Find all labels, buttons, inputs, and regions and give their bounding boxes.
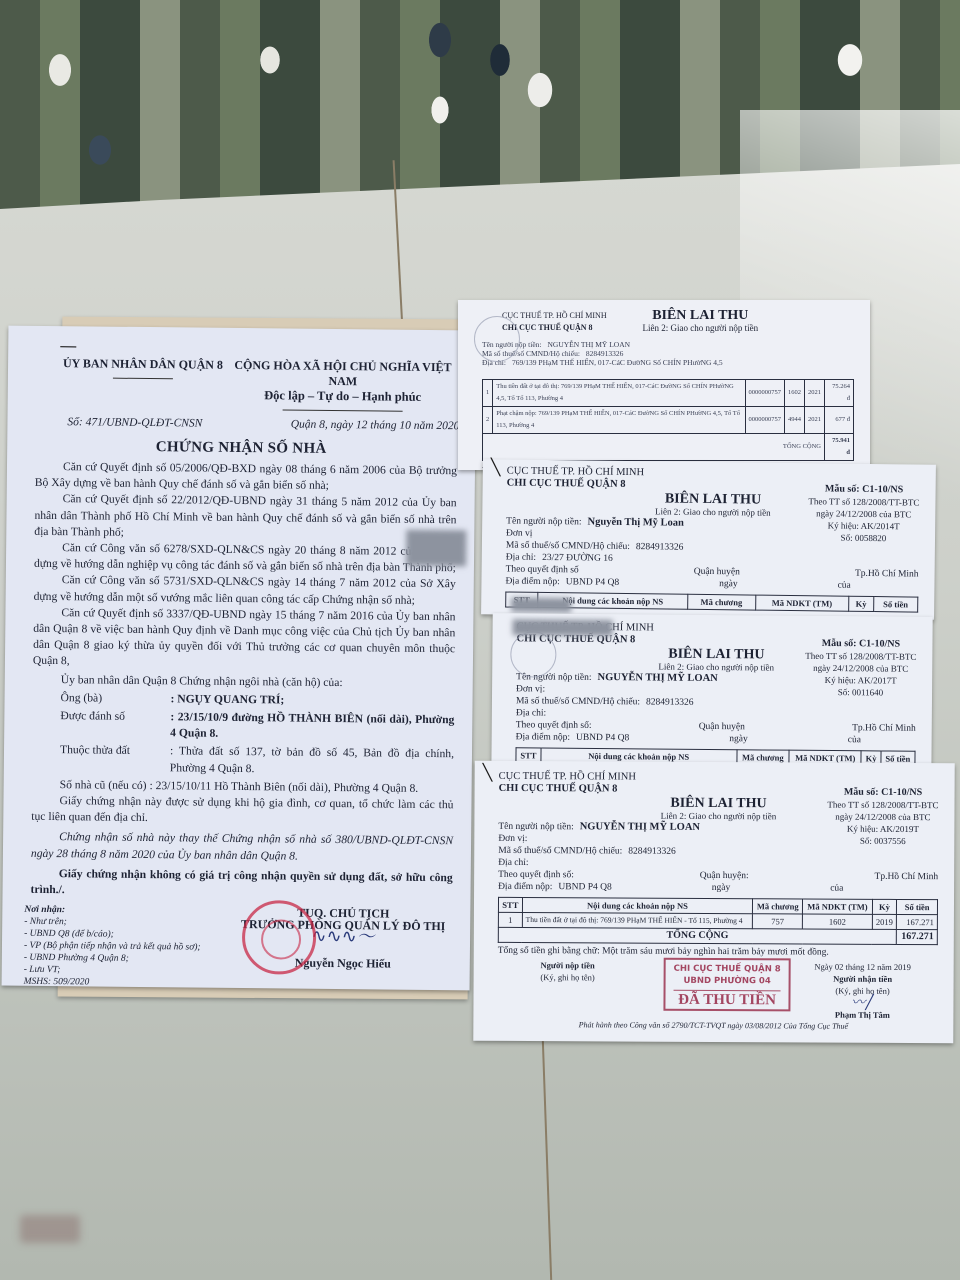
district-label: Quận huyện [699,721,745,733]
decision-label: Theo quyết định số [506,564,579,577]
id-value: 8284913326 [646,696,694,708]
serial: Số: 0058820 [808,531,919,544]
total-row: TỔNG CỘNG 75.941 đ [483,434,854,461]
tax-seal-icon [474,316,520,362]
receipt-2014: ╲ CỤC THUẾ TP. HỒ CHÍ MINH CHI CỤC THUẾ … [481,459,936,620]
form-ref: Theo TT số 128/2008/TT-BTC [805,650,916,663]
id-label: Mã số thuế/số CMND/Hộ chiếu: [498,845,622,858]
file-code: MSHS: 509/2020 [24,976,234,990]
receipt-2021: CỤC THUẾ TP. HỒ CHÍ MINH CHI CỤC THUẾ QU… [458,300,870,470]
address-value: 23/27 ĐƯỜNG 16 [542,552,613,565]
of-label: của [838,580,851,592]
payer-name: NGUYỄN THỊ MỸ LOAN [580,821,700,834]
certify-line: Ủy ban nhân dân Quận 8 Chứng nhận ngôi n… [33,671,455,692]
payer-name: Nguyễn Thị Mỹ Loan [587,517,684,530]
receipt-title: BIÊN LAI THU [642,310,758,322]
serial: Số: 0037556 [827,835,938,848]
field-land-parcel: Thuộc thửa đất : Thửa đất số 137, tờ bản… [60,743,454,780]
form-ref: Theo TT số 128/2008/TT-BTC [827,799,938,812]
total-row: TỔNG CỘNG 167.271 [498,927,937,944]
address-value: 769/139 PHạM THẾ HIỂN, 017-CáC ĐườNG Số … [512,358,723,367]
field-value: : NGỤY QUANG TRÍ; [170,691,454,710]
sign-hint: (Ký, ghi họ tên) [498,971,638,984]
receiver-name: Phạm Thị Tâm [787,1008,937,1021]
receipt-table: 1 Thu tiền đất ở tại đô thị: 769/139 PHạ… [482,379,854,461]
issuing-agency: ỦY BAN NHÂN DÂN QUẬN 8 [60,356,226,373]
field-label: Ông (bà) [60,690,170,707]
field-value: : 23/15/10/9 đường HỒ THÀNH BIÊN (nối dà… [170,709,454,744]
preamble-paragraph: Căn cứ Quyết định số 3337/QĐ-UBND ngày 1… [33,605,456,674]
of-label: của [830,883,843,895]
city: Tp.Hồ Chí Minh [855,568,919,581]
city: Tp.Hồ Chí Minh [852,722,916,735]
check-mark-icon: ― [60,336,76,355]
redaction-blur [406,530,466,567]
place-value: UBND P4 Q8 [576,732,629,744]
decision-label: Theo quyết định số: [498,869,574,881]
amount-in-words: Tổng số tiền ghi bằng chữ: Một trăm sáu … [498,945,938,959]
receipt-copy: Liên 2: Giao cho người nộp tiền [642,322,758,334]
agency-name: CHI CỤC THUẾ QUẬN 8 [507,478,644,492]
form-number: Mẫu số: C1-10/NS [827,787,938,800]
form-ref: ngày 24/12/2008 của BTC [805,662,916,675]
preamble-paragraph: Căn cứ Công văn số 6278/SXD-QLN&CS ngày … [34,540,456,577]
nation-name: CỘNG HÒA XÃ HỘI CHỦ NGHĨA VIỆT NAM [226,358,460,390]
serial: Số: 0011640 [805,686,916,699]
stamp-line: ĐÃ THU TIỀN [673,990,780,1007]
receipt-date: Ngày 02 tháng 12 năm 2019 [788,960,938,973]
payer-name: NGUYỄN THỊ MỸ LOAN [547,340,630,349]
payer-label: Tên người nộp tiền: [506,516,581,529]
document-number: Số: 471/UBND-QLĐT-CNSN [67,416,202,429]
address-label: Địa chỉ: [506,552,536,564]
check-mark-icon: ╲ [491,461,501,473]
form-number: Mẫu số: C1-10/NS [805,638,916,651]
nation-motto: Độc lập – Tự do – Hạnh phúc [226,388,460,405]
agency-top: CỤC THUẾ TP. HỒ CHÍ MINH [502,310,607,322]
field-assigned-number: Được đánh số : 23/15/10/9 đường HỒ THÀNH… [60,708,454,745]
district-label: Quận huyện: [700,870,749,882]
symbol: Ký hiệu: AK/2019T [827,823,938,836]
agency-name: CHI CỤC THUẾ QUẬN 8 [499,783,636,796]
place-date: Quận 8, ngày 12 tháng 10 năm 2020 [291,419,460,433]
receipt-footer: Phát hành theo Công văn số 2790/TCT-TVQT… [473,1019,953,1034]
place-value: UBND P4 Q8 [566,576,619,589]
house-number-certificate: ― ỦY BAN NHÂN DÂN QUẬN 8 CỘNG HÒA XÃ HỘI… [2,326,477,991]
table-row: 1 Thu tiền đất ở tại đô thị: 769/139 PHạ… [483,380,854,407]
id-label: Mã số thuế/số CMND/Hộ chiếu: [516,695,640,708]
receipt-table: STT Nội dung các khoản nộp NS Mã chương … [498,897,938,945]
place-label: Địa điểm nộp: [505,576,560,589]
form-ref: ngày 24/12/2008 của BTC [827,811,938,824]
day-label: ngày [719,578,738,590]
id-value: 8284913326 [636,541,684,554]
decision-label: Theo quyết định số: [516,719,592,732]
field-label: Được đánh số [60,708,170,742]
signature-icon: 〰╱ [787,996,937,1009]
city: Tp.Hồ Chí Minh [874,871,938,883]
agency-top: CỤC THUẾ TP. HỒ CHÍ MINH [499,771,636,784]
district-label: Quận huyện [694,566,740,579]
form-ref: ngày 24/12/2008 của BTC [808,507,919,520]
tax-seal-icon [510,631,556,677]
payer-name: NGUYỄN THỊ MỸ LOAN [597,672,717,685]
day-label: ngày [712,882,731,894]
receipt-2017: CỤC THUẾ TP. HỒ CHÍ MINH CHI CỤC THUẾ QU… [491,613,932,782]
check-mark-icon: ╲ [483,767,493,779]
place-label: Địa điểm nộp: [498,881,552,893]
preamble-paragraph: Căn cứ Quyết định số 05/2006/QĐ-BXD ngày… [35,459,457,496]
receipt-2019: ╲ CỤC THUẾ TP. HỒ CHÍ MINH CHI CỤC THUẾ … [473,761,954,1044]
preamble-paragraph: Căn cứ Công văn số 5731/SXD-QLN&CS ngày … [34,572,456,609]
stamp-line: UBND PHƯỜNG 04 [674,975,781,988]
replace-note: Chứng nhận số nhà này thay thế Chứng nhậ… [31,829,453,866]
divider [113,378,173,380]
of-label: của [848,734,861,746]
preamble-paragraph: Căn cứ Quyết định số 22/2012/QĐ-UBND ngà… [34,491,456,544]
place-label: Địa điểm nộp: [516,731,570,743]
stamp-line: CHI CỤC THUẾ QUẬN 8 [674,963,781,976]
redaction-blur [511,598,571,613]
signature-block: TUQ. CHỦ TỊCH TRƯỞNG PHÒNG QUẢN LÝ ĐÔ TH… [234,906,453,992]
day-label: ngày [729,733,748,745]
usage-note: Giấy chứng nhận này được sử dụng khi hộ … [31,793,453,830]
paid-stamp: CHI CỤC THUẾ QUẬN 8 UBND PHƯỜNG 04 ĐÃ TH… [663,958,790,1012]
field-value: : Thửa đất số 137, tờ bản đồ số 45, Bản … [170,744,454,779]
symbol: Ký hiệu: AK/2017T [805,674,916,687]
redaction-blur [513,619,613,636]
payer-sign-label: Người nộp tiền [498,959,638,972]
receiver-label: Người nhận tiền [788,972,938,985]
disclaimer: Giấy chứng nhận không có giá trị công nh… [30,866,452,903]
recipients-block: Nơi nhận: - Như trên; - UBND Q8 (để b/cá… [24,904,235,990]
id-value: 8284913326 [628,846,676,858]
table-row: 2 Phạt chậm nộp: 769/139 PHạM THẾ HIỂN, … [483,407,854,434]
payer-label: Tên người nộp tiền: [498,821,573,833]
watermark-blur [20,1215,80,1243]
id-value: 8284913326 [586,349,624,358]
field-label: Thuộc thửa đất [60,743,170,777]
place-value: UBND P4 Q8 [558,881,611,893]
field-owner: Ông (bà) : NGỤY QUANG TRÍ; [60,690,454,710]
